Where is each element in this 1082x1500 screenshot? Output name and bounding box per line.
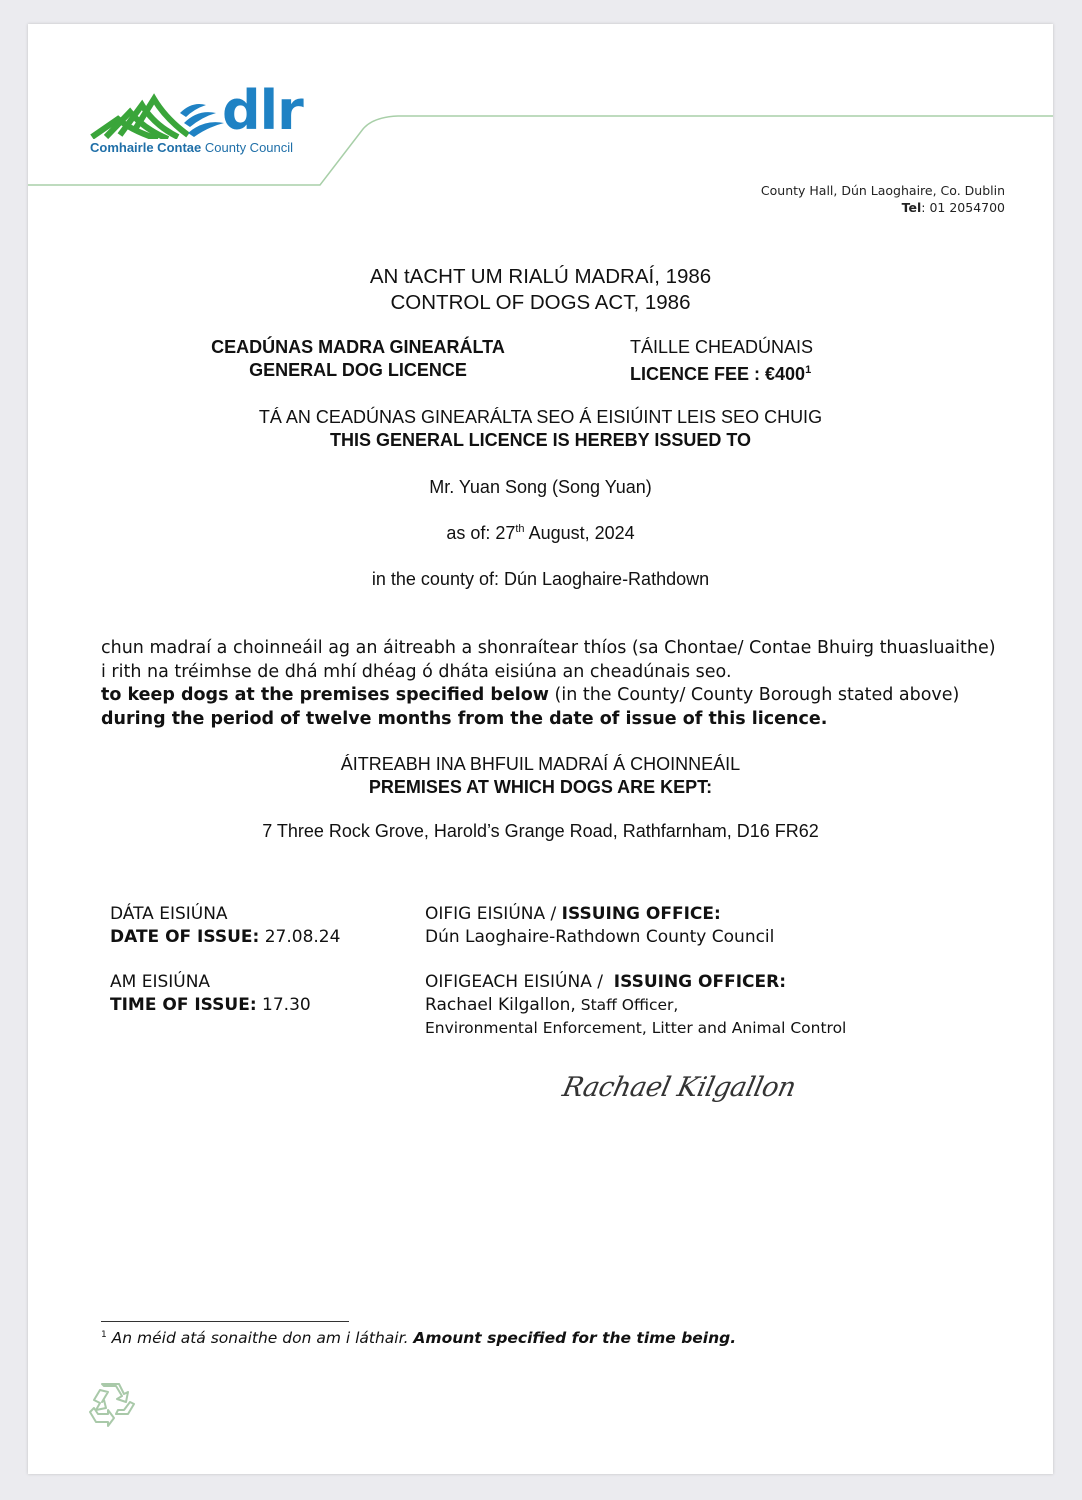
licence-page: dlr Comhairle Contae County Council Coun… bbox=[28, 24, 1053, 1474]
licence-fee-irish: TÁILLE CHEADÚNAIS bbox=[630, 336, 813, 359]
footnote-irish: An méid atá sonaithe don am i láthair. bbox=[107, 1329, 414, 1347]
footnote-rule bbox=[101, 1321, 349, 1322]
officer-label: ISSUING OFFICER: bbox=[614, 972, 786, 992]
issuing-office-heading: OIFIG EISIÚNA / ISSUING OFFICE: bbox=[425, 903, 846, 926]
council-address: County Hall, Dún Laoghaire, Co. Dublin T… bbox=[761, 182, 1005, 216]
date-of-issue: DATE OF ISSUE: 27.08.24 bbox=[110, 926, 340, 949]
officer-name: Rachael Kilgallon, bbox=[425, 995, 576, 1015]
as-of-month-year: August, 2024 bbox=[525, 523, 635, 543]
officer-irish: OIFIGEACH EISIÚNA / bbox=[425, 972, 614, 992]
time-of-issue: TIME OF ISSUE: 17.30 bbox=[110, 994, 340, 1017]
issuing-office-officer: OIFIG EISIÚNA / ISSUING OFFICE: Dún Laog… bbox=[425, 903, 846, 1040]
time-of-issue-irish: AM EISIÚNA bbox=[110, 971, 340, 994]
date-value: 27.08.24 bbox=[259, 927, 340, 947]
officer-department: Environmental Enforcement, Litter and An… bbox=[425, 1017, 846, 1040]
officer-title: Staff Officer, bbox=[576, 996, 679, 1014]
officer-signature: Rachael Kilgallon bbox=[563, 1064, 823, 1124]
act-title-irish: AN tACHT UM RIALÚ MADRAÍ, 1986 bbox=[28, 264, 1053, 290]
as-of-day: as of: 27 bbox=[446, 523, 515, 543]
act-title-english: CONTROL OF DOGS ACT, 1986 bbox=[28, 290, 1053, 316]
premises-irish: ÁITREABH INA BHFUIL MADRAÍ Á CHOINNEÁIL bbox=[28, 753, 1053, 776]
premises-heading: ÁITREABH INA BHFUIL MADRAÍ Á CHOINNEÁIL … bbox=[28, 753, 1053, 799]
ordinal-suffix: th bbox=[515, 523, 524, 535]
issuing-office: Dún Laoghaire-Rathdown County Council bbox=[425, 926, 846, 949]
date-label: DATE OF ISSUE: bbox=[110, 927, 259, 947]
issue-date-time: DÁTA EISIÚNA DATE OF ISSUE: 27.08.24 AM … bbox=[110, 903, 340, 1017]
licence-start-date: as of: 27th August, 2024 bbox=[28, 523, 1053, 544]
issued-to-heading: TÁ AN CEADÚNAS GINEARÁLTA SEO Á EISIÚINT… bbox=[28, 406, 1053, 452]
time-label: TIME OF ISSUE: bbox=[110, 995, 257, 1015]
licence-fee: TÁILLE CHEADÚNAIS LICENCE FEE : €4001 bbox=[630, 336, 813, 386]
office-label: ISSUING OFFICE: bbox=[562, 904, 721, 924]
licence-fee-value: LICENCE FEE : €400 bbox=[630, 364, 805, 384]
licence-county: in the county of: Dún Laoghaire-Rathdown bbox=[28, 569, 1053, 590]
terms-regular: (in the County/ County Borough stated ab… bbox=[549, 685, 959, 705]
licence-fee-english: LICENCE FEE : €4001 bbox=[630, 359, 813, 386]
act-title: AN tACHT UM RIALÚ MADRAÍ, 1986 CONTROL O… bbox=[28, 264, 1053, 316]
terms-english: to keep dogs at the premises specified b… bbox=[101, 684, 1001, 731]
licence-holder-name: Mr. Yuan Song (Song Yuan) bbox=[28, 477, 1053, 498]
address-line: County Hall, Dún Laoghaire, Co. Dublin bbox=[761, 182, 1005, 199]
issued-to-irish: TÁ AN CEADÚNAS GINEARÁLTA SEO Á EISIÚINT… bbox=[28, 406, 1053, 429]
terms-bold-2: during the period of twelve months from … bbox=[101, 709, 827, 729]
issuing-officer-heading: OIFIGEACH EISIÚNA / ISSUING OFFICER: bbox=[425, 971, 846, 994]
licence-type-english: GENERAL DOG LICENCE bbox=[158, 359, 558, 382]
licence-terms: chun madraí a choinneáil ag an áitreabh … bbox=[101, 637, 1001, 731]
signature-text: Rachael Kilgallon bbox=[560, 1072, 799, 1103]
recycle-icon bbox=[86, 1380, 138, 1428]
telephone: Tel: 01 2054700 bbox=[761, 199, 1005, 216]
issuing-officer: Rachael Kilgallon, Staff Officer, bbox=[425, 994, 846, 1017]
terms-irish: chun madraí a choinneáil ag an áitreabh … bbox=[101, 637, 1001, 684]
licence-type-irish: CEADÚNAS MADRA GINEARÁLTA bbox=[158, 336, 558, 359]
premises-english: PREMISES AT WHICH DOGS ARE KEPT: bbox=[28, 776, 1053, 799]
licence-type: CEADÚNAS MADRA GINEARÁLTA GENERAL DOG LI… bbox=[158, 336, 558, 382]
time-value: 17.30 bbox=[257, 995, 311, 1015]
issued-to-english: THIS GENERAL LICENCE IS HEREBY ISSUED TO bbox=[28, 429, 1053, 452]
tel-value: : 01 2054700 bbox=[921, 200, 1005, 215]
tel-label: Tel bbox=[902, 200, 922, 215]
office-irish: OIFIG EISIÚNA / bbox=[425, 904, 562, 924]
date-of-issue-irish: DÁTA EISIÚNA bbox=[110, 903, 340, 926]
terms-bold-1: to keep dogs at the premises specified b… bbox=[101, 685, 549, 705]
footnote-english: Amount specified for the time being. bbox=[413, 1329, 736, 1347]
premises-address: 7 Three Rock Grove, Harold’s Grange Road… bbox=[28, 821, 1053, 842]
header-divider-curve bbox=[28, 109, 1053, 189]
footnote-marker: 1 bbox=[805, 364, 811, 376]
footnote: 1 An méid atá sonaithe don am i láthair.… bbox=[101, 1329, 736, 1347]
